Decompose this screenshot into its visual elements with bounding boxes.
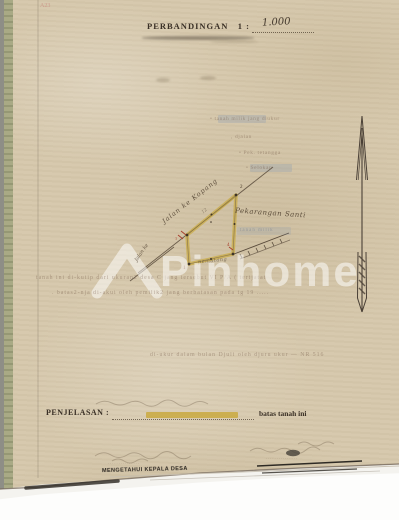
roof-logo-icon bbox=[97, 249, 157, 293]
footer-faint-line: ............... bbox=[108, 460, 140, 465]
corner-number-top: 2 bbox=[240, 185, 243, 190]
penjelasan-dotted-leader bbox=[112, 418, 254, 420]
penjelasan-note: batas tanah ini bbox=[259, 409, 307, 418]
watermark-text: Pinhome bbox=[160, 247, 360, 297]
paper-bottom-edge-lines bbox=[0, 464, 399, 489]
corner-number-left: 3 bbox=[175, 236, 177, 241]
faded-paragraph-line: di-ukur dalam bulan Djuli oleh djuru uku… bbox=[150, 352, 324, 358]
penjelasan-label: PENJELASAN : bbox=[46, 408, 109, 417]
yellow-boundary-sample bbox=[146, 412, 238, 418]
neighbor-sub-label: tanah milik bbox=[240, 228, 274, 233]
scanned-land-plan-document: A23 PERBANDINGAN 1 : 1.000 • tanah milik… bbox=[0, 0, 399, 520]
footer-right-faint-line: ............... bbox=[266, 455, 298, 460]
